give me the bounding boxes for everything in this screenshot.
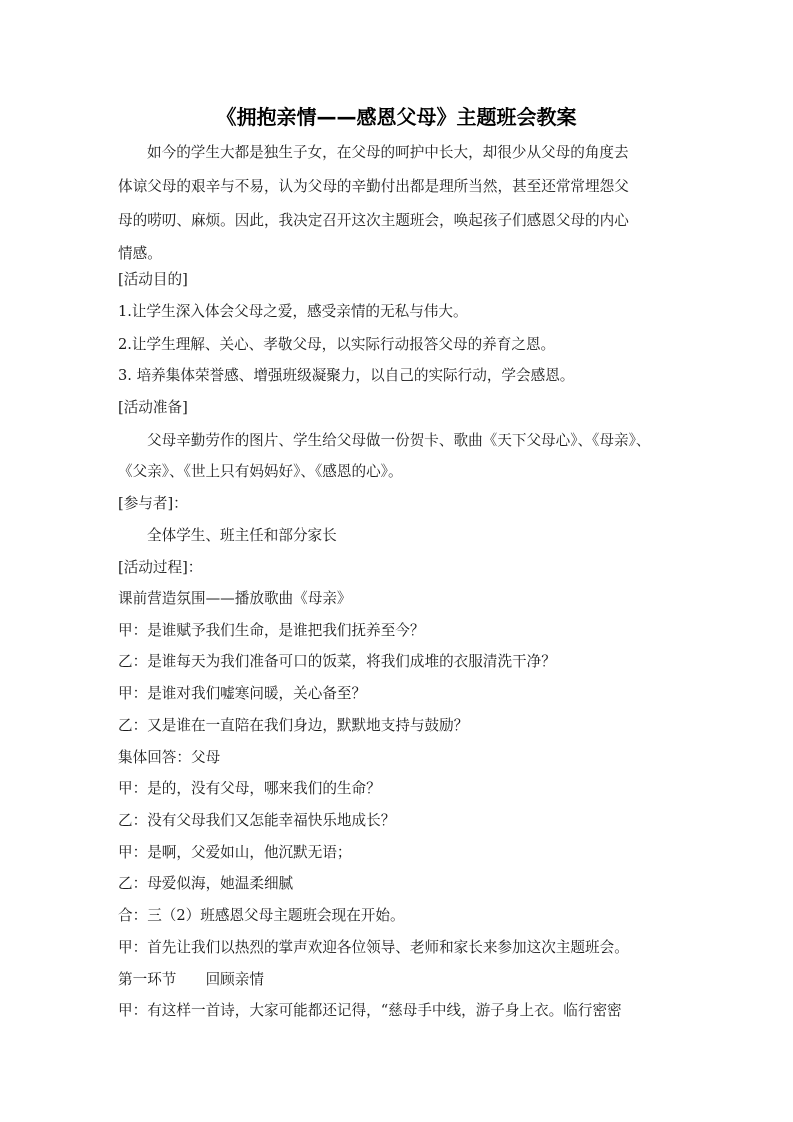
text-line: [活动准备] <box>118 398 688 418</box>
text-line: [活动目的] <box>118 270 688 290</box>
text-line: 课前营造氛围——播放歌曲《母亲》 <box>118 589 688 609</box>
text-line: 甲：首先让我们以热烈的掌声欢迎各位领导、老师和家长来参加这次主题班会。 <box>118 938 688 958</box>
text-line: 甲：是的，没有父母，哪来我们的生命？ <box>118 779 688 799</box>
text-line: 甲：有这样一首诗，大家可能都还记得，“慈母手中线，游子身上衣。临行密密 <box>118 1001 688 1021</box>
text-line: 父母辛勤劳作的图片、学生给父母做一份贺卡、歌曲《天下父母心》、《母亲》、 <box>147 431 717 451</box>
text-line: 乙：母爱似海，她温柔细腻 <box>118 874 688 894</box>
text-line: 甲：是啊，父爱如山，他沉默无语； <box>118 843 688 863</box>
text-line: 1.让学生深入体会父母之爱，感受亲情的无私与伟大。 <box>118 302 688 322</box>
text-line: 《父亲》、《世上只有妈妈好》、《感恩的心》。 <box>118 462 688 482</box>
document-page: 《拥抱亲情——感恩父母》主题班会教案 如今的学生大都是独生子女，在父母的呵护中长… <box>0 0 793 1122</box>
text-line: 体谅父母的艰辛与不易，认为父母的辛勤付出都是理所当然，甚至还常常埋怨父 <box>118 177 688 197</box>
text-line: 乙：又是谁在一直陪在我们身边，默默地支持与鼓励？ <box>118 716 688 736</box>
text-line: 2.让学生理解、关心、孝敬父母，以实际行动报答父母的养育之恩。 <box>118 335 688 355</box>
text-line: 情感。 <box>118 244 688 264</box>
text-line: 甲：是谁赋予我们生命，是谁把我们抚养至今？ <box>118 621 688 641</box>
text-line: 乙：是谁每天为我们准备可口的饭菜，将我们成堆的衣服清洗干净？ <box>118 652 688 672</box>
text-line: [参与者]： <box>118 494 688 514</box>
text-line: 3. 培养集体荣誉感、增强班级凝聚力，以自己的实际行动，学会感恩。 <box>118 366 688 386</box>
text-line: 甲：是谁对我们嘘寒问暖，关心备至？ <box>118 684 688 704</box>
text-line: 第一环节 回顾亲情 <box>118 970 688 990</box>
text-line: 全体学生、班主任和部分家长 <box>147 526 717 546</box>
text-line: 集体回答：父母 <box>118 748 688 768</box>
text-line: 如今的学生大都是独生子女，在父母的呵护中长大，却很少从父母的角度去 <box>147 143 717 163</box>
text-line: 合：三（2）班感恩父母主题班会现在开始。 <box>118 906 688 926</box>
document-title: 《拥抱亲情——感恩父母》主题班会教案 <box>0 102 793 132</box>
text-line: 乙：没有父母我们又怎能幸福快乐地成长？ <box>118 811 688 831</box>
text-line: [活动过程]： <box>118 558 688 578</box>
text-line: 母的唠叨、麻烦。因此，我决定召开这次主题班会，唤起孩子们感恩父母的内心 <box>118 211 688 231</box>
